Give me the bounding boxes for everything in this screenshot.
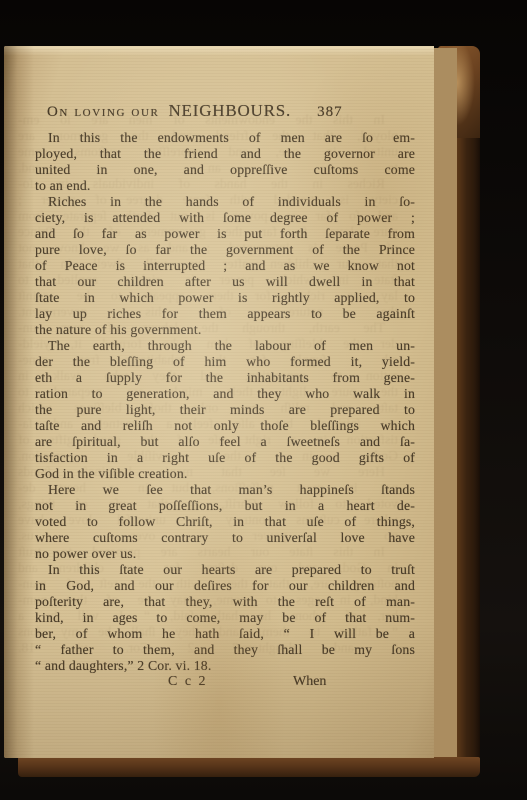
text-line: eth a ſupply for the inhabitants from ge…: [35, 370, 415, 386]
text-line: “ and daughters,” 2 Cor. vi. 18.: [35, 658, 415, 674]
page-number: 387: [317, 104, 343, 121]
text-line: “ father to them, and they ſhall be my ſ…: [35, 642, 415, 658]
text-line: united in one, and oppreſſive cuſtoms co…: [35, 162, 415, 178]
page-top-edge-highlight: [4, 46, 434, 56]
text-line: lay up riches for them appears to be aga…: [35, 306, 415, 322]
catchword: When: [293, 674, 326, 690]
text-line: ſtate in which power is rightly applied,…: [35, 290, 415, 306]
text-line: not in great poſſeſſions, but in a heart…: [35, 498, 415, 514]
text-line: God in the viſible creation.: [35, 466, 415, 482]
page-body-text: In this the endowments of men are ſo em-…: [35, 130, 415, 674]
page-footer: C c 2 When: [35, 674, 415, 692]
page-header: On loving our NEIGHBOURS. 387: [35, 101, 415, 123]
page-gutter-shadow: [4, 46, 34, 758]
text-line: ber, of whom he hath ſaid, “ I will be a: [35, 626, 415, 642]
text-line: in God, and our deſires for our children…: [35, 578, 415, 594]
text-line: ployed, that the friend and the governor…: [35, 146, 415, 162]
text-line: to an end.: [35, 178, 415, 194]
photo-background: In this the endowments of men are ſo em-…: [0, 0, 527, 800]
book-cover-edge-bottom: [18, 757, 480, 777]
text-line: poſterity are, that they, with the reſt …: [35, 594, 415, 610]
text-line: taſte and reliſh not only thoſe bleſſing…: [35, 418, 415, 434]
text-line: of Peace is interrupted ; and as we know…: [35, 258, 415, 274]
text-line: Here we ſee that man’s happineſs ſtands: [35, 482, 415, 498]
text-line: In this ſtate our hearts are prepared to…: [35, 562, 415, 578]
page-fore-edges: [432, 48, 457, 760]
text-line: Riches in the hands of individuals in ſo…: [35, 194, 415, 210]
text-line: and ſo far as power is put forth ſeparat…: [35, 226, 415, 242]
text-line: where cuſtoms contrary to univerſal love…: [35, 530, 415, 546]
text-line: voted to follow Chriſt, in that uſe of t…: [35, 514, 415, 530]
text-line: kind, in ages to come, may be of that nu…: [35, 610, 415, 626]
text-line: are ſpiritual, but alſo feel a ſweetneſs…: [35, 434, 415, 450]
signature-mark: C c 2: [168, 674, 208, 690]
text-line: the nature of his government.: [35, 322, 415, 338]
text-line: the pure light, their minds are prepared…: [35, 402, 415, 418]
text-line: In this the endowments of men are ſo em-: [35, 130, 415, 146]
text-line: The earth, through the labour of men un-: [35, 338, 415, 354]
book-page: In this the endowments of men are ſo em-…: [4, 46, 434, 758]
running-title-lead: On loving our: [47, 104, 159, 121]
text-line: tisfaction in a right uſe of the good gi…: [35, 450, 415, 466]
text-line: ciety, is attended with ſome degree of p…: [35, 210, 415, 226]
text-line: der the bleſſing of him who formed it, y…: [35, 354, 415, 370]
text-line: no power over us.: [35, 546, 415, 562]
running-title-main: NEIGHBOURS.: [168, 101, 291, 121]
text-line: pure love, ſo far the government of the …: [35, 242, 415, 258]
text-line: ration to generation, and they who walk …: [35, 386, 415, 402]
text-line: that our children after us will dwell in…: [35, 274, 415, 290]
